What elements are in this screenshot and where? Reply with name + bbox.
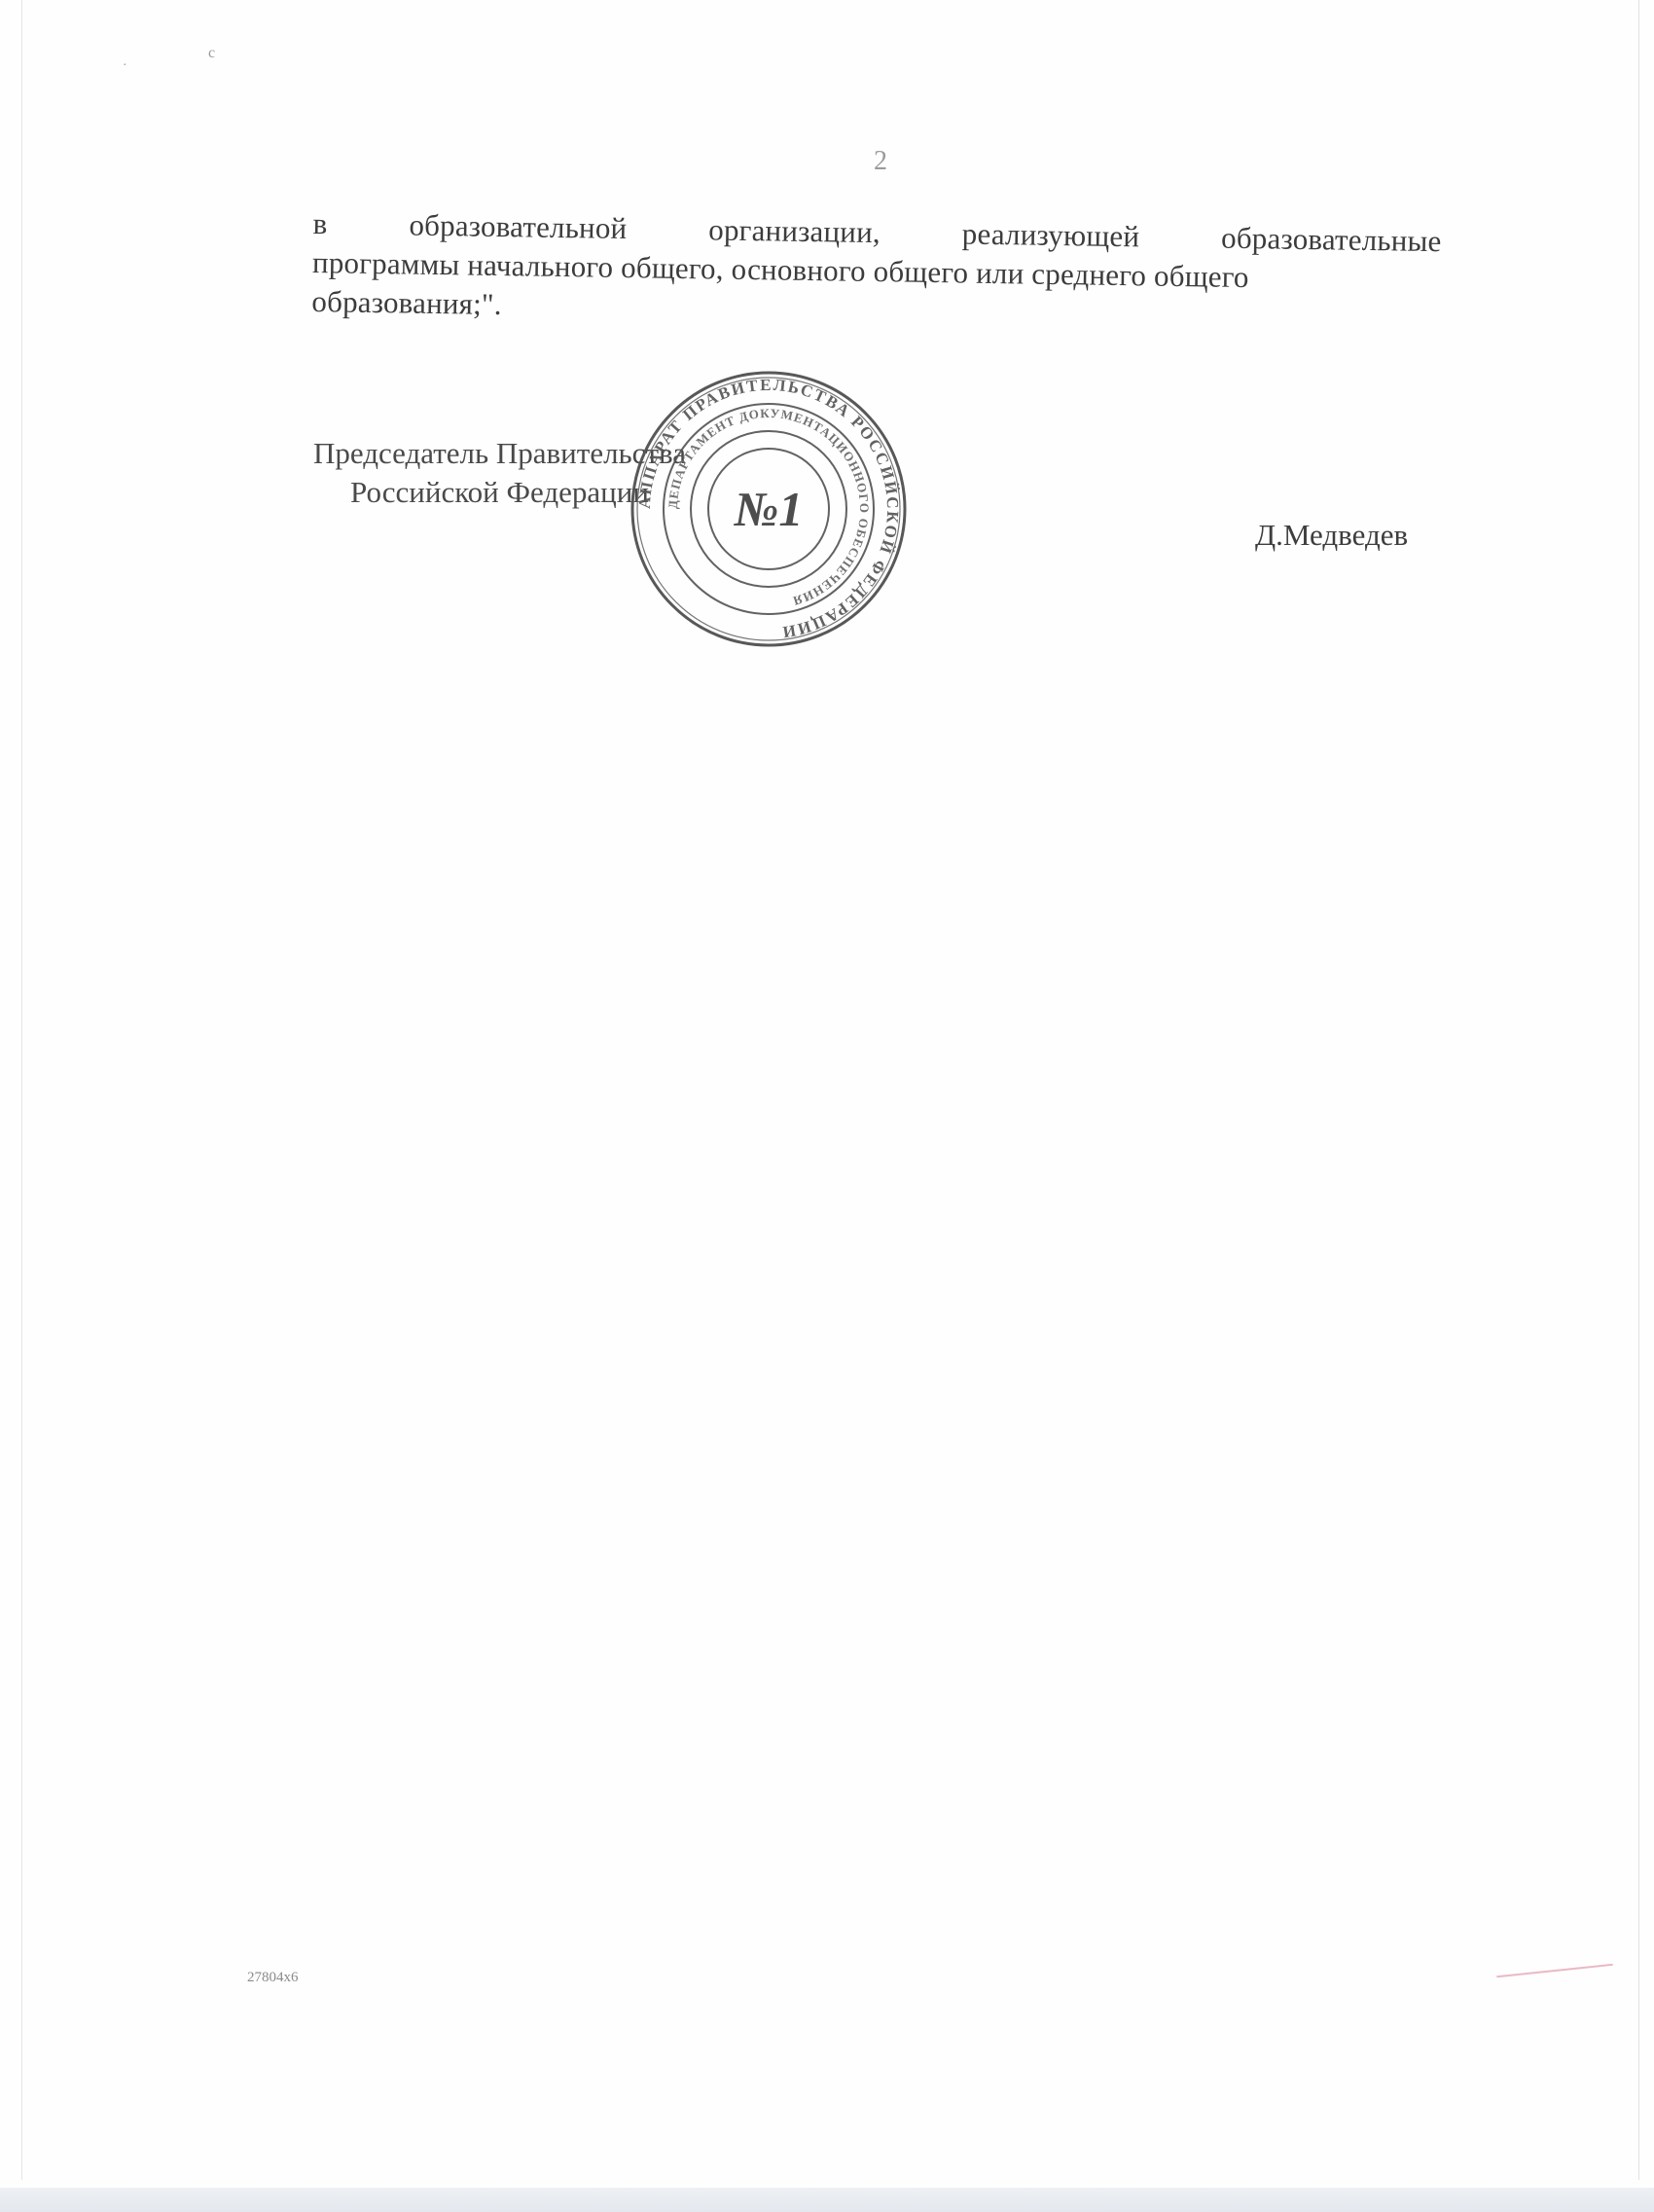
seal-center-text: №1 [734,482,804,536]
word: образовательные [1221,219,1442,262]
word: в [312,204,327,243]
document-code: 27804х6 [247,1970,299,1986]
scan-edge-right [1638,0,1639,2180]
word: образовательной [409,206,627,249]
signatory-name: Д.Медведев [1255,518,1408,553]
scanned-page: · c 2 в образовательной организации, реа… [0,0,1654,2212]
official-seal-icon: АППАРАТ ПРАВИТЕЛЬСТВА РОССИЙСКОЙ ФЕДЕРАЦ… [628,368,910,650]
body-paragraph: в образовательной организации, реализующ… [311,204,1442,339]
page-number: 2 [874,146,887,177]
red-pen-mark [1496,1964,1613,1978]
scan-bottom-band [0,2188,1654,2212]
scan-speck: · [123,58,127,74]
word: реализующей [962,214,1140,256]
scan-speck: c [208,45,215,62]
scan-edge-left [21,0,22,2180]
word: организации, [708,210,881,252]
